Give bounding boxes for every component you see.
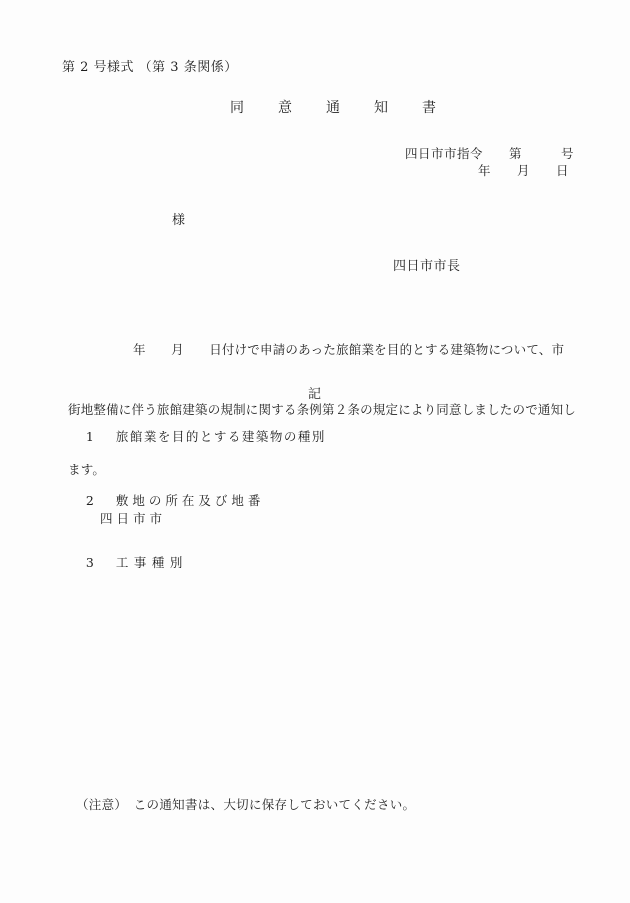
date-line: 年 月 日 <box>478 165 569 178</box>
item-1-label: 旅館業を目的とする建築物の種別 <box>116 429 326 444</box>
item-2-label: 敷地の所在及び地番 <box>116 493 265 508</box>
body-line-1: 年 月 日付けで申請のあった旅館業を目的とする建築物について、市 <box>68 340 580 360</box>
body-line-2: 街地整備に伴う旅館建築の規制に関する条例第２条の規定により同意しましたので通知し <box>68 400 580 420</box>
item-2-number: 2 <box>86 495 116 508</box>
ki-marker: 記 <box>308 388 321 401</box>
list-item-3: 3工事種別 <box>70 544 188 582</box>
form-number: 第 2 号様式 （第 3 条関係） <box>62 61 238 74</box>
list-item-1: 1旅館業を目的とする建築物の種別 <box>70 418 326 456</box>
consent-notice-document-page: 第 2 号様式 （第 3 条関係） 同 意 通 知 書 四日市市指令 第 号 年… <box>0 0 630 903</box>
item-1-number: 1 <box>86 431 116 444</box>
caution-note: （注意） この通知書は、大切に保存しておいてください。 <box>76 799 415 812</box>
body-line-3: ます。 <box>68 460 580 480</box>
document-title: 同 意 通 知 書 <box>230 101 446 115</box>
directive-number-line: 四日市市指令 第 号 <box>405 148 574 161</box>
item-2-location-value: 四日市市 <box>100 513 166 526</box>
item-3-number: 3 <box>86 557 116 570</box>
addressee-honorific: 様 <box>172 214 185 227</box>
sender-mayor-title: 四日市市長 <box>393 260 461 273</box>
item-3-label: 工事種別 <box>116 555 188 570</box>
